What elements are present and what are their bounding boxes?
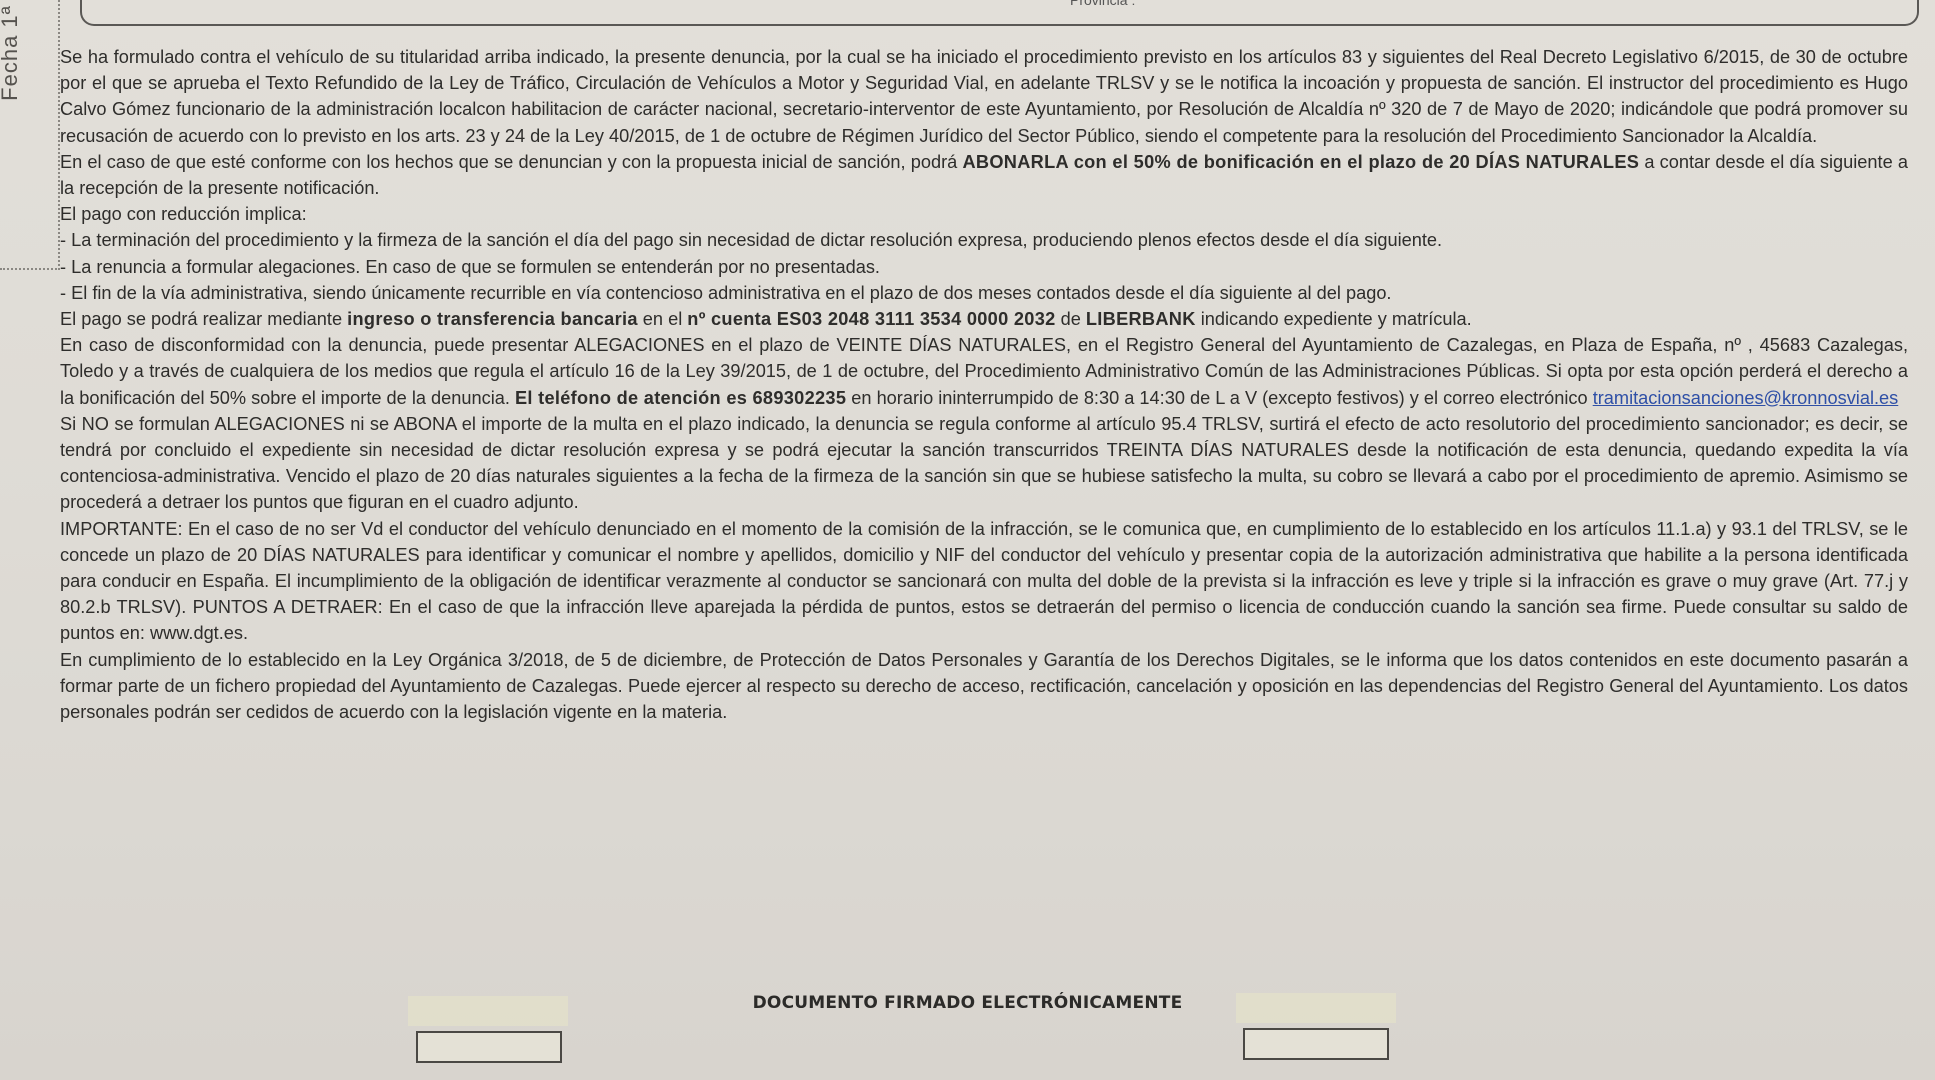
paragraph-proteccion-datos: En cumplimiento de lo establecido en la …: [60, 647, 1908, 726]
notice-body: Se ha formulado contra el vehículo de su…: [60, 44, 1908, 725]
signature-box-right: [1243, 1028, 1389, 1060]
text-segment: en el: [638, 309, 688, 329]
paragraph-conforme: En el caso de que esté conforme con los …: [60, 149, 1908, 201]
text-segment: IMPORTANTE: En el caso de no ser Vd el c…: [60, 519, 1908, 644]
paragraph-reduccion-title: El pago con reducción implica:: [60, 201, 1908, 227]
text-segment: En cumplimiento de lo establecido en la …: [60, 650, 1908, 722]
header-field-fragment: Provincia :: [1070, 0, 1135, 8]
side-date-label: Fecha 1ª: [0, 5, 23, 101]
paragraph-no-alegaciones: Si NO se formulan ALEGACIONES ni se ABON…: [60, 411, 1908, 516]
text-segment: En el caso de que esté conforme con los …: [60, 152, 962, 172]
bold-text: nº cuenta ES03 2048 3111 3534 0000 2032: [687, 309, 1055, 329]
paragraph-reduccion-2: - La renuncia a formular alegaciones. En…: [60, 254, 1908, 280]
bold-text: LIBERBANK: [1086, 309, 1196, 329]
text-segment: El pago se podrá realizar mediante: [60, 309, 347, 329]
bold-text: ABONARLA con el 50% de bonificación en e…: [962, 152, 1639, 172]
text-segment: - El fin de la vía administrativa, siend…: [60, 283, 1392, 303]
text-segment: Se ha formulado contra el vehículo de su…: [60, 47, 1908, 146]
bold-text: ingreso o transferencia bancaria: [347, 309, 638, 329]
text-segment: en horario ininterrumpido de 8:30 a 14:3…: [846, 388, 1592, 408]
paragraph-reduccion-1: - La terminación del procedimiento y la …: [60, 227, 1908, 253]
side-margin-box: Fecha 1ª: [0, 0, 60, 270]
paragraph-intro: Se ha formulado contra el vehículo de su…: [60, 44, 1908, 149]
signature-box-left: [416, 1031, 562, 1063]
electronic-signature-note: DOCUMENTO FIRMADO ELECTRÓNICAMENTE: [0, 993, 1935, 1013]
text-segment: indicando expediente y matrícula.: [1196, 309, 1472, 329]
text-segment: El pago con reducción implica:: [60, 204, 307, 224]
text-segment: de: [1056, 309, 1086, 329]
email-link[interactable]: tramitacionsanciones@kronnosvial.es: [1593, 388, 1899, 408]
paragraph-reduccion-3: - El fin de la vía administrativa, siend…: [60, 280, 1908, 306]
header-box-border: [80, 0, 1919, 26]
document-page: Provincia : Fecha 1ª Se ha formulado con…: [0, 0, 1935, 1080]
paragraph-disconformidad: En caso de disconformidad con la denunci…: [60, 332, 1908, 411]
paragraph-pago: El pago se podrá realizar mediante ingre…: [60, 306, 1908, 332]
paragraph-importante: IMPORTANTE: En el caso de no ser Vd el c…: [60, 516, 1908, 647]
text-segment: - La renuncia a formular alegaciones. En…: [60, 257, 880, 277]
text-segment: Si NO se formulan ALEGACIONES ni se ABON…: [60, 414, 1908, 513]
text-segment: - La terminación del procedimiento y la …: [60, 230, 1442, 250]
bold-text: El teléfono de atención es 689302235: [515, 388, 846, 408]
